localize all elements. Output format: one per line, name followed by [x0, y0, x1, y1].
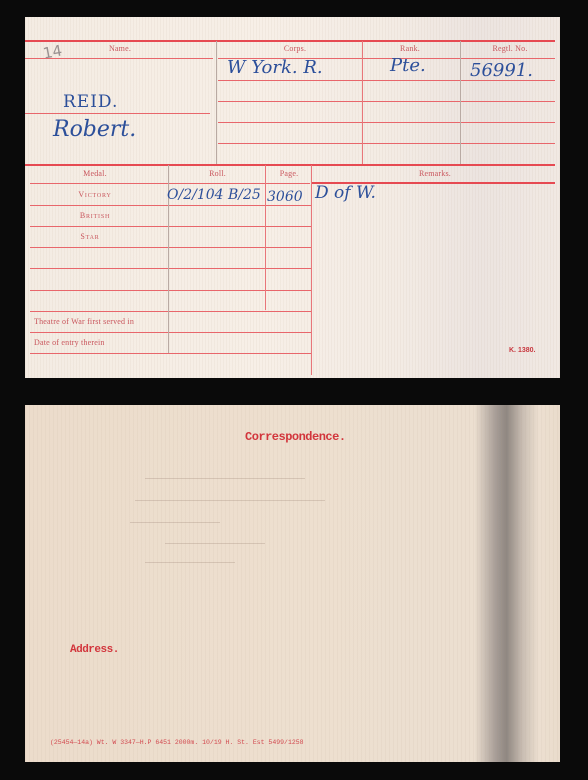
form-number: K. 1380.	[509, 347, 535, 354]
row-line	[30, 205, 312, 206]
table-header-underline	[30, 183, 310, 184]
name-header: Name.	[75, 44, 165, 53]
remarks-header: Remarks.	[375, 169, 495, 178]
print-footer: (25454—14a) Wt. W 3347—H.P 6451 2000m. 1…	[50, 739, 304, 746]
medal-card-front: Name. Corps. Rank. Regtl. No. 14 REID. R…	[25, 17, 560, 378]
medal-british: British	[55, 211, 135, 220]
victory-remarks-value: D of W.	[315, 183, 376, 203]
victory-roll-value: O/2/104 B/25	[167, 187, 261, 203]
surname-value: REID.	[63, 92, 118, 112]
col-divider	[460, 41, 461, 164]
col-divider	[311, 165, 312, 375]
address-label: Address.	[70, 644, 119, 656]
row-line	[30, 290, 312, 291]
row-line	[30, 332, 312, 333]
date-of-entry-label: Date of entry therein	[34, 338, 169, 347]
row-line	[30, 353, 312, 354]
faint-show-through-line	[145, 478, 305, 479]
col-divider	[362, 41, 363, 164]
regt-no-value: 56991.	[470, 60, 533, 81]
theatre-of-war-label: Theatre of War first served in	[34, 317, 169, 326]
roll-header: Roll.	[175, 169, 260, 178]
regt-no-header: Regtl. No.	[465, 44, 555, 53]
medal-card-back: Correspondence. Address. (25454—14a) Wt.…	[25, 405, 560, 762]
forename-value: Robert.	[53, 117, 136, 142]
row-line	[30, 226, 312, 227]
grid-line	[218, 143, 555, 144]
rank-value: Pte.	[390, 55, 426, 76]
medal-header: Medal.	[55, 169, 135, 178]
corps-value: W York. R.	[227, 57, 323, 78]
col-divider	[216, 41, 217, 164]
rank-header: Rank.	[370, 44, 450, 53]
pencil-annotation: 14	[42, 41, 64, 62]
grid-line	[218, 101, 555, 102]
faint-show-through-line	[145, 562, 235, 563]
section-divider	[25, 164, 555, 166]
faint-show-through-line	[135, 500, 325, 501]
row-line	[30, 247, 312, 248]
name-line	[25, 113, 210, 114]
victory-page-value: 3060	[267, 189, 303, 205]
row-line	[30, 268, 312, 269]
faint-show-through-line	[130, 522, 220, 523]
faint-show-through-line	[165, 543, 265, 544]
page-header: Page.	[267, 169, 311, 178]
corps-header: Corps.	[245, 44, 345, 53]
row-line	[30, 311, 312, 312]
correspondence-heading: Correspondence.	[245, 430, 346, 444]
top-border-line	[25, 40, 555, 42]
medal-victory: Victory	[55, 190, 135, 199]
col-divider	[265, 165, 266, 310]
medal-star: Star	[55, 232, 125, 241]
grid-line	[218, 122, 555, 123]
